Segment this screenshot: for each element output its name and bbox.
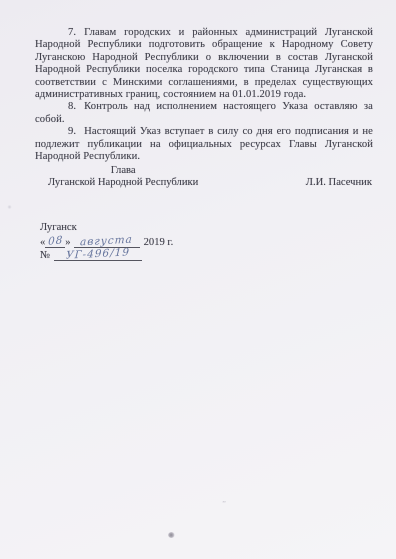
paragraph-number: 8. [68,101,76,112]
issuance-number-line: №УГ-496/19 [40,249,173,263]
number-blank-line: УГ-496/19 [54,249,142,261]
issuance-city: Луганск [40,222,173,235]
signatory-title: Глава Луганской Народной Республики [48,165,198,190]
day-blank-line: 08 [45,236,65,248]
paragraph-number: 9. [68,126,76,137]
issuance-block: Луганск «08»августа2019 г. №УГ-496/19 [40,222,173,263]
decree-body-text: 7.Главам городских и районных администра… [35,27,373,163]
signature-block: Глава Луганской Народной Республики Л.И.… [48,165,372,190]
decree-paragraph-8: 8.Контроль над исполнением настоящего Ук… [35,101,373,126]
scanned-document-page: 7.Главам городских и районных администра… [0,0,396,559]
paragraph-text: Контроль над исполнением настоящего Указ… [35,101,373,124]
paragraph-text: Настоящий Указ вступает в силу со дня ег… [35,126,373,162]
paragraph-number: 7. [68,27,76,38]
scan-artifact-speck [168,532,175,538]
issuance-year: 2019 г. [144,237,174,248]
handwritten-day: 08 [47,234,63,248]
signatory-name: Л.И. Пасечник [306,177,372,189]
signatory-title-line2: Луганской Народной Республики [48,177,198,189]
scan-artifact-mark: ’’ [222,502,228,507]
decree-paragraph-7: 7.Главам городских и районных администра… [35,27,373,101]
number-sign: № [40,250,50,261]
signatory-title-line1: Глава [48,165,198,177]
scan-artifact-speck [7,205,12,209]
decree-paragraph-9: 9.Настоящий Указ вступает в силу со дня … [35,126,373,163]
paragraph-text: Главам городских и районных администраци… [35,27,373,100]
handwritten-decree-number: УГ-496/19 [66,246,131,262]
close-quote: » [65,237,70,248]
